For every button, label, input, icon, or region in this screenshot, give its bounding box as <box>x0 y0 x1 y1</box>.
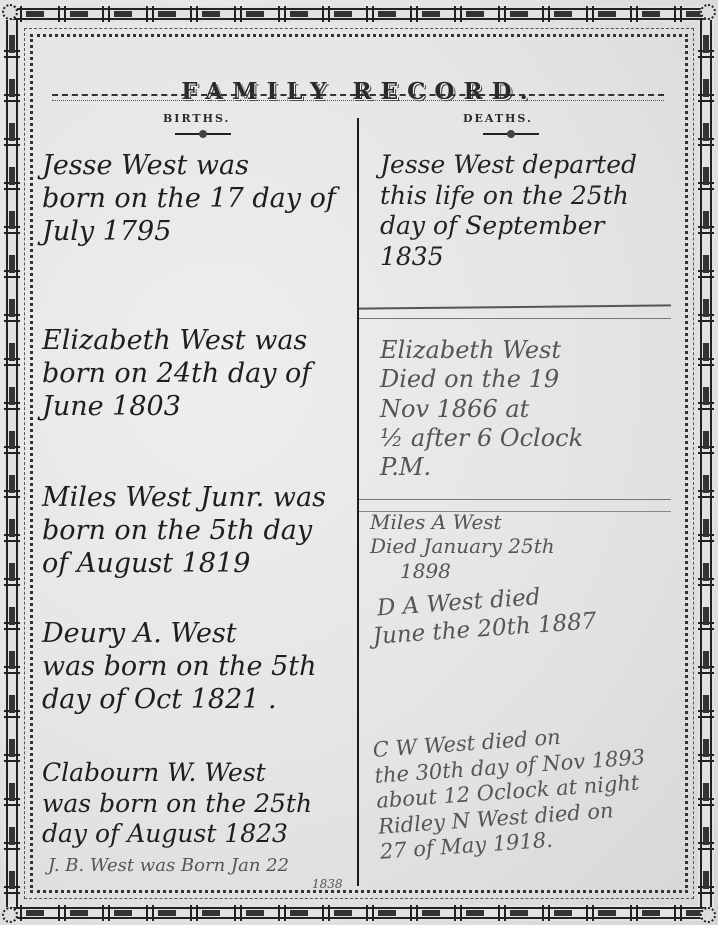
death-entry: Jesse West departed this life on the 25t… <box>380 150 637 272</box>
births-header: BIRTHS. <box>163 112 230 125</box>
corner-rosette-icon <box>2 4 18 20</box>
deaths-header-ornament <box>483 133 539 135</box>
border-right-ornament <box>698 20 714 907</box>
column-divider <box>357 118 359 886</box>
birth-note-year: 1838 <box>312 877 343 892</box>
death-entry: Miles A West Died January 25th 1898 <box>370 510 555 583</box>
corner-rosette-icon <box>700 4 716 20</box>
births-header-ornament <box>175 133 231 135</box>
border-bottom-ornament <box>8 905 710 921</box>
birth-entry: Clabourn W. West was born on the 25th da… <box>42 758 312 850</box>
birth-note: J. B. West was Born Jan 22 <box>48 855 289 877</box>
death-entry: Elizabeth West Died on the 19 Nov 1866 a… <box>380 336 583 482</box>
title-rule <box>52 94 664 101</box>
ruled-line <box>359 499 671 500</box>
death-entry: C W West died on the 30th day of Nov 189… <box>372 719 651 866</box>
family-record-page: FAMILY RECORD. BIRTHS. DEATHS. Jesse Wes… <box>0 0 718 925</box>
birth-entry: Miles West Junr. was born on the 5th day… <box>42 482 326 581</box>
birth-entry: Deury A. West was born on the 5th day of… <box>42 618 317 717</box>
ruled-line <box>359 318 671 319</box>
birth-entry: Jesse West was born on the 17 day of Jul… <box>42 150 336 249</box>
corner-rosette-icon <box>2 907 18 923</box>
corner-rosette-icon <box>700 907 716 923</box>
border-top-ornament <box>8 6 710 22</box>
birth-entry: Elizabeth West was born on 24th day of J… <box>42 325 311 424</box>
deaths-header: DEATHS. <box>463 112 533 125</box>
border-left-ornament <box>4 20 20 907</box>
